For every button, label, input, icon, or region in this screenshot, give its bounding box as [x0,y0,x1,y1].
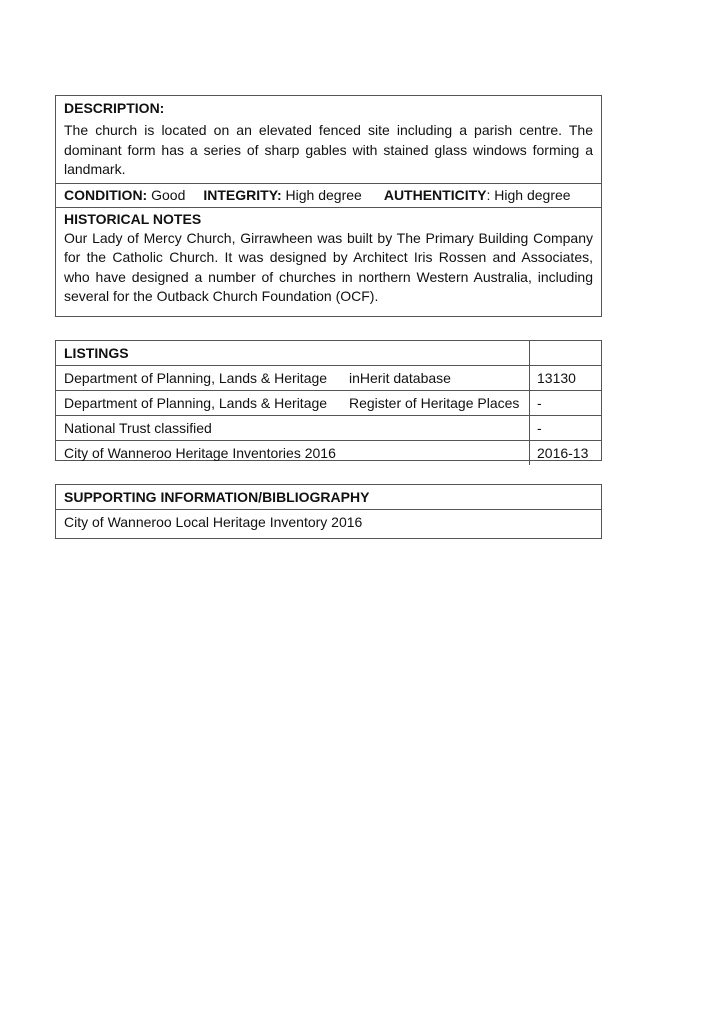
listing-name: inHerit database [349,366,451,390]
listing-value: 2016-13 [530,441,601,465]
listing-value: - [530,391,601,415]
description-section: DESCRIPTION: The church is located on an… [55,95,602,317]
historical-notes-heading: HISTORICAL NOTES [56,207,601,229]
integrity-label: INTEGRITY: [203,187,281,203]
listing-organisation: National Trust classified [64,416,349,440]
supporting-heading: SUPPORTING INFORMATION/BIBLIOGRAPHY [56,485,601,509]
listing-organisation: Department of Planning, Lands & Heritage [64,391,349,415]
condition-label: CONDITION: [64,187,147,203]
listing-organisation: Department of Planning, Lands & Heritage [64,366,349,390]
listing-value: 13130 [530,366,601,390]
listings-heading-value [530,341,601,365]
table-row: Department of Planning, Lands & Heritage… [56,365,601,390]
table-row: Department of Planning, Lands & Heritage… [56,390,601,415]
listing-name: Register of Heritage Places [349,391,519,415]
listing-organisation: City of Wanneroo Heritage Inventories 20… [64,441,336,465]
listings-header-row: LISTINGS [56,341,601,365]
supporting-information-section: SUPPORTING INFORMATION/BIBLIOGRAPHY City… [55,484,602,539]
supporting-item: City of Wanneroo Local Heritage Inventor… [56,509,601,538]
description-text: The church is located on an elevated fen… [56,120,601,183]
authenticity-value: : High degree [487,187,571,203]
integrity-value: High degree [286,187,362,203]
listings-heading: LISTINGS [56,341,530,365]
assessment-row: CONDITION: GoodINTEGRITY: High degreeAUT… [56,183,601,207]
historical-notes-text: Our Lady of Mercy Church, Girrawheen was… [56,229,601,307]
authenticity-label: AUTHENTICITY [384,187,487,203]
table-row: National Trust classified - [56,415,601,440]
listing-value: - [530,416,601,440]
condition-value: Good [151,187,185,203]
description-heading: DESCRIPTION: [56,96,601,120]
table-row: City of Wanneroo Heritage Inventories 20… [56,440,601,465]
listings-table: LISTINGS Department of Planning, Lands &… [55,340,602,461]
